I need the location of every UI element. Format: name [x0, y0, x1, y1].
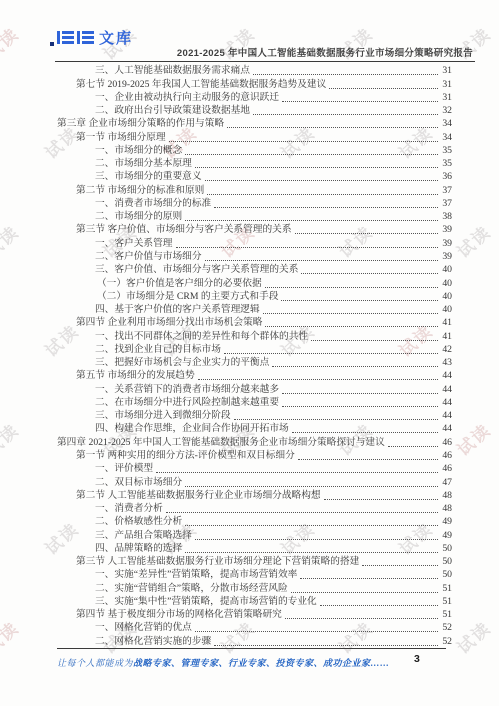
toc-entry: 二、市场细分基本原理35: [57, 157, 452, 170]
toc-entry-page-number: 42: [439, 344, 452, 356]
toc-entry: 一、网格化营销的优点52: [57, 621, 452, 634]
logo-glyph-icon: [57, 31, 74, 44]
toc-dotted-leader: [253, 114, 438, 115]
toc-dotted-leader: [214, 645, 438, 646]
toc-entry-text: 二、市场细分基本原理: [57, 158, 192, 170]
toc-entry-text: 第三节 客户价值、市场细分与客户关系管理的关系: [57, 224, 292, 236]
toc-entry-page-number: 50: [439, 556, 452, 568]
footer-slogan-emphasis: 战略专家、管理专家、行业专家、投资专家、成功企业家……: [133, 658, 390, 668]
toc-entry-page-number: 32: [439, 105, 452, 117]
toc-entry: 二、政府出台引导政策建设数据基地32: [57, 104, 452, 117]
toc-entry-page-number: 41: [439, 317, 452, 329]
toc-entry-text: 三、客户价值、市场细分与客户关系管理的关系: [57, 264, 298, 276]
toc-entry-text: 第二节 市场细分的标准和原则: [57, 185, 204, 197]
toc-entry-page-number: 49: [439, 530, 452, 542]
toc-entry-page-number: 46: [439, 437, 452, 449]
toc-dotted-leader: [324, 499, 438, 500]
toc-entry-text: 三、实施“集中性”营销策略，提高市场营销的专业化: [57, 596, 317, 608]
toc-entry: 第三章 企业市场细分策略的作用与策略34: [57, 117, 452, 130]
toc-entry-page-number: 51: [439, 583, 452, 595]
toc-entry: 一、找出不同群体之间的差异性和每个群体的共性41: [57, 329, 452, 342]
brand-logo: 文库: [50, 27, 133, 48]
toc-entry-text: 一、市场细分的概念: [57, 145, 182, 157]
footer-slogan: 让每个人都能成为战略专家、管理专家、行业专家、投资专家、成功企业家……: [57, 656, 390, 669]
toc-dotted-leader: [265, 326, 438, 327]
toc-entry-text: 第三章 企业市场细分策略的作用与策略: [57, 118, 224, 130]
toc-entry-text: 一、评价模型: [57, 463, 153, 475]
toc-entry-page-number: 40: [439, 278, 452, 290]
toc-dotted-leader: [329, 88, 438, 89]
toc-entry-page-number: 39: [439, 224, 452, 236]
footer-slogan-prefix: 让每个人都能成为: [57, 658, 133, 668]
toc-entry: 一、企业由被动执行向主动服务的意识跃迁31: [57, 91, 452, 104]
toc-dotted-leader: [176, 247, 439, 248]
toc-dotted-leader: [292, 432, 438, 433]
toc-entry-text: 三、人工智能基础数据服务需求痛点: [57, 65, 250, 77]
toc-dotted-leader: [311, 340, 438, 341]
toc-entry-page-number: 38: [439, 211, 452, 223]
toc-dotted-leader: [301, 273, 438, 274]
toc-entry-text: （一）客户价值是客户细分的必要依据: [57, 278, 262, 290]
toc-entry: 一、关系营销下的消费者市场细分越来越多44: [57, 382, 452, 395]
toc-entry: 四、构建合作思维，企业间合作协同开拓市场44: [57, 422, 452, 435]
toc-dotted-leader: [253, 74, 438, 75]
toc-entry: 一、消费者市场细分的标准37: [57, 197, 452, 210]
toc-entry-page-number: 31: [439, 92, 452, 104]
toc-entry-page-number: 39: [439, 238, 452, 250]
toc-entry-page-number: 35: [439, 145, 452, 157]
toc-entry-text: 二、找到企业自己的目标市场: [57, 344, 221, 356]
toc-entry-page-number: 41: [439, 331, 452, 343]
toc-entry-text: 二、市场细分的原则: [57, 211, 182, 223]
toc-entry-page-number: 37: [439, 198, 452, 210]
toc-entry-page-number: 31: [439, 79, 452, 91]
toc-dotted-leader: [272, 366, 438, 367]
toc-entry-text: 二、客户价值与市场细分: [57, 251, 202, 263]
toc-entry-page-number: 39: [439, 251, 452, 263]
toc-entry-text: 第一节 市场细分原理: [57, 132, 166, 144]
toc-dotted-leader: [185, 552, 438, 553]
toc-entry-text: 一、企业由被动执行向主动服务的意识跃迁: [57, 92, 279, 104]
toc-entry: 一、实施“差异性”营销策略，提高市场营销效率50: [57, 568, 452, 581]
toc-entry-text: 一、关系营销下的消费者市场细分越来越多: [57, 384, 279, 396]
toc-entry-page-number: 44: [439, 384, 452, 396]
toc-entry-text: 第四章 2021-2025 年中国人工智能基础数据服务企业市场细分策略探讨与建议: [57, 437, 385, 449]
toc-entry-page-number: 34: [439, 118, 452, 130]
toc-entry-text: 二、网格化营销实施的步骤: [57, 636, 211, 648]
toc-entry: 第三节 人工智能基础数据服务行业市场细分理论下营销策略的搭建50: [57, 555, 452, 568]
toc-entry-page-number: 34: [439, 132, 452, 144]
toc-entry-page-number: 44: [439, 423, 452, 435]
toc-entry-text: 第二节 人工智能基础数据服务行业企业市场细分战略构想: [57, 490, 321, 502]
toc-entry-text: 一、找出不同群体之间的差异性和每个群体的共性: [57, 331, 308, 343]
toc-entry-page-number: 50: [439, 543, 452, 555]
toc-entry-text: 二、双目标市场细分: [57, 477, 182, 489]
toc-entry-page-number: 44: [439, 410, 452, 422]
toc-entry: 第一节 两种实用的细分方法-评价模型和双目标细分46: [57, 449, 452, 462]
toc-entry-page-number: 40: [439, 291, 452, 303]
toc-entry: 一、市场细分的概念35: [57, 144, 452, 157]
toc-dotted-leader: [207, 194, 438, 195]
toc-dotted-leader: [282, 406, 438, 407]
toc-entry-text: 一、实施“差异性”营销策略，提高市场营销效率: [57, 569, 297, 581]
toc-entry-page-number: 37: [439, 185, 452, 197]
toc-entry: 一、客户关系管理39: [57, 236, 452, 249]
toc-entry-page-number: 35: [439, 158, 452, 170]
toc-entry: 三、把握好市场机会与企业实力的平衡点43: [57, 356, 452, 369]
toc-entry-text: 二、价格敏感性分析: [57, 516, 182, 528]
toc-entry-page-number: 47: [439, 477, 452, 489]
toc-entry-text: （二）市场细分是 CRM 的主要方式和手段: [57, 291, 278, 303]
toc-entry: 二、价格敏感性分析49: [57, 515, 452, 528]
toc-entry-text: 一、网格化营销的优点: [57, 622, 192, 634]
toc-entry-text: 一、消费者市场细分的标准: [57, 198, 211, 210]
toc-entry: 二、网格化营销实施的步骤52: [57, 634, 452, 647]
toc-dotted-leader: [185, 154, 438, 155]
logo-icon: [57, 31, 94, 44]
toc-entry-text: 一、客户关系管理: [57, 238, 173, 250]
toc-dotted-leader: [195, 167, 438, 168]
toc-entry-text: 三、市场细分进入到微细分阶段: [57, 410, 231, 422]
toc-entry-page-number: 46: [439, 463, 452, 475]
toc-entry-text: 第七节 2019-2025 年我国人工智能基础数据服务趋势及建议: [57, 79, 326, 91]
page-number: 3: [414, 653, 420, 665]
toc-dotted-leader: [285, 618, 438, 619]
toc-entry-text: 二、政府出台引导政策建设数据基地: [57, 105, 250, 117]
toc-entry: 第二节 市场细分的标准和原则37: [57, 183, 452, 196]
report-title: 2021-2025 年中国人工智能基础数据服务行业市场细分策略研究报告: [177, 45, 473, 59]
toc-dotted-leader: [282, 101, 438, 102]
toc-entry: 三、市场细分进入到微细分阶段44: [57, 409, 452, 422]
toc-dotted-leader: [185, 525, 438, 526]
toc-entry: 三、人工智能基础数据服务需求痛点31: [57, 64, 452, 77]
toc-dotted-leader: [388, 446, 438, 447]
toc-dotted-leader: [298, 459, 438, 460]
toc-entry-page-number: 31: [439, 65, 452, 77]
toc-entry-text: 二、实施“营销组合”策略，分散市场经营风险: [57, 583, 288, 595]
toc-entry-page-number: 49: [439, 516, 452, 528]
toc-entry-page-number: 48: [439, 490, 452, 502]
footer-divider: [57, 648, 446, 649]
toc-entry: 第三节 客户价值、市场细分与客户关系管理的关系39: [57, 223, 452, 236]
toc-entry: 三、市场细分的重要意义36: [57, 170, 452, 183]
toc-entry-page-number: 52: [439, 636, 452, 648]
toc-dotted-leader: [282, 393, 438, 394]
toc-entry: 二、客户价值与市场细分39: [57, 250, 452, 263]
toc-entry-page-number: 43: [439, 357, 452, 369]
toc-entry-text: 第一节 两种实用的细分方法-评价模型和双目标细分: [57, 450, 295, 462]
toc-entry-text: 一、消费者分析: [57, 503, 163, 515]
logo-brand-text: 文库: [99, 27, 133, 48]
toc-entry: 一、消费者分析48: [57, 502, 452, 515]
toc-dotted-leader: [227, 127, 438, 128]
toc-dotted-leader: [291, 592, 438, 593]
toc-entry-page-number: 40: [439, 264, 452, 276]
toc-entry: 第七节 2019-2025 年我国人工智能基础数据服务趋势及建议31: [57, 77, 452, 90]
toc-entry: 第四节 企业利用市场细分找出市场机会策略41: [57, 316, 452, 329]
toc-entry: 三、产品组合策略选择49: [57, 528, 452, 541]
toc-dotted-leader: [198, 379, 438, 380]
toc-dotted-leader: [169, 141, 438, 142]
toc-entry-page-number: 40: [439, 304, 452, 316]
toc-entry: 第一节 市场细分原理34: [57, 130, 452, 143]
toc-entry-text: 四、品牌策略的选择: [57, 543, 182, 555]
toc-entry: 二、市场细分的原则38: [57, 210, 452, 223]
toc-dotted-leader: [320, 605, 438, 606]
toc-dotted-leader: [234, 419, 438, 420]
toc-entry-text: 三、把握好市场机会与企业实力的平衡点: [57, 357, 269, 369]
toc-entry-page-number: 36: [439, 171, 452, 183]
header-divider: [55, 61, 475, 62]
toc-entry-text: 第五节 市场细分的发展趋势: [57, 370, 195, 382]
toc-entry-text: 四、构建合作思维，企业间合作协同开拓市场: [57, 423, 289, 435]
toc-dotted-leader: [300, 578, 438, 579]
toc-dotted-leader: [166, 512, 438, 513]
toc-dotted-leader: [205, 260, 438, 261]
toc-entry-text: 三、产品组合策略选择: [57, 530, 192, 542]
toc-dotted-leader: [263, 313, 438, 314]
toc-entry: 二、找到企业自己的目标市场42: [57, 343, 452, 356]
toc-entry: 四、品牌策略的选择50: [57, 542, 452, 555]
toc-entry-text: 第三节 人工智能基础数据服务行业市场细分理论下营销策略的搭建: [57, 556, 359, 568]
toc-dotted-leader: [295, 233, 438, 234]
toc-entry: 第二节 人工智能基础数据服务行业企业市场细分战略构想48: [57, 489, 452, 502]
toc-dotted-leader: [156, 472, 438, 473]
toc-entry: 四、基于客户价值的客户关系管理逻辑40: [57, 303, 452, 316]
toc-entry-page-number: 44: [439, 397, 452, 409]
toc-entry: 二、双目标市场细分47: [57, 475, 452, 488]
toc-entry-page-number: 48: [439, 503, 452, 515]
toc-entry: 三、实施“集中性”营销策略，提高市场营销的专业化51: [57, 595, 452, 608]
logo-glyph-icon: [77, 31, 94, 44]
toc-entry-text: 第四节 基于极度细分市场的网格化营销策略研究: [57, 609, 282, 621]
document-page: 试读试读试读试读试读试读试读试读试读试读试读试读试读试读试读试读试读试读试读试读…: [0, 0, 499, 706]
toc-entry-text: 四、基于客户价值的客户关系管理逻辑: [57, 304, 260, 316]
toc-dotted-leader: [205, 180, 438, 181]
toc-dotted-leader: [185, 486, 438, 487]
toc-dotted-leader: [281, 300, 438, 301]
table-of-contents: 三、人工智能基础数据服务需求痛点31第七节 2019-2025 年我国人工智能基…: [57, 64, 452, 648]
toc-entry-text: 二、在市场细分中进行风险控制越来越重要: [57, 397, 279, 409]
toc-entry-page-number: 52: [439, 622, 452, 634]
toc-dotted-leader: [214, 207, 438, 208]
toc-entry: 一、评价模型46: [57, 462, 452, 475]
toc-entry-page-number: 51: [439, 609, 452, 621]
toc-dotted-leader: [195, 539, 438, 540]
toc-entry-text: 三、市场细分的重要意义: [57, 171, 202, 183]
toc-dotted-leader: [362, 565, 438, 566]
toc-entry-text: 第四节 企业利用市场细分找出市场机会策略: [57, 317, 262, 329]
toc-entry: 第五节 市场细分的发展趋势44: [57, 369, 452, 382]
toc-entry-page-number: 46: [439, 450, 452, 462]
toc-dotted-leader: [195, 631, 438, 632]
toc-dotted-leader: [185, 220, 438, 221]
toc-entry-page-number: 51: [439, 596, 452, 608]
toc-entry: 二、实施“营销组合”策略，分散市场经营风险51: [57, 581, 452, 594]
toc-entry: 第四章 2021-2025 年中国人工智能基础数据服务企业市场细分策略探讨与建议…: [57, 435, 452, 448]
toc-entry: （二）市场细分是 CRM 的主要方式和手段40: [57, 290, 452, 303]
toc-entry: （一）客户价值是客户细分的必要依据40: [57, 276, 452, 289]
toc-entry-page-number: 50: [439, 569, 452, 581]
toc-dotted-leader: [265, 287, 438, 288]
toc-dotted-leader: [224, 353, 438, 354]
toc-entry-page-number: 44: [439, 370, 452, 382]
toc-entry: 第四节 基于极度细分市场的网格化营销策略研究51: [57, 608, 452, 621]
logo-dot-icon: [50, 42, 54, 46]
toc-entry: 二、在市场细分中进行风险控制越来越重要44: [57, 396, 452, 409]
toc-entry: 三、客户价值、市场细分与客户关系管理的关系40: [57, 263, 452, 276]
